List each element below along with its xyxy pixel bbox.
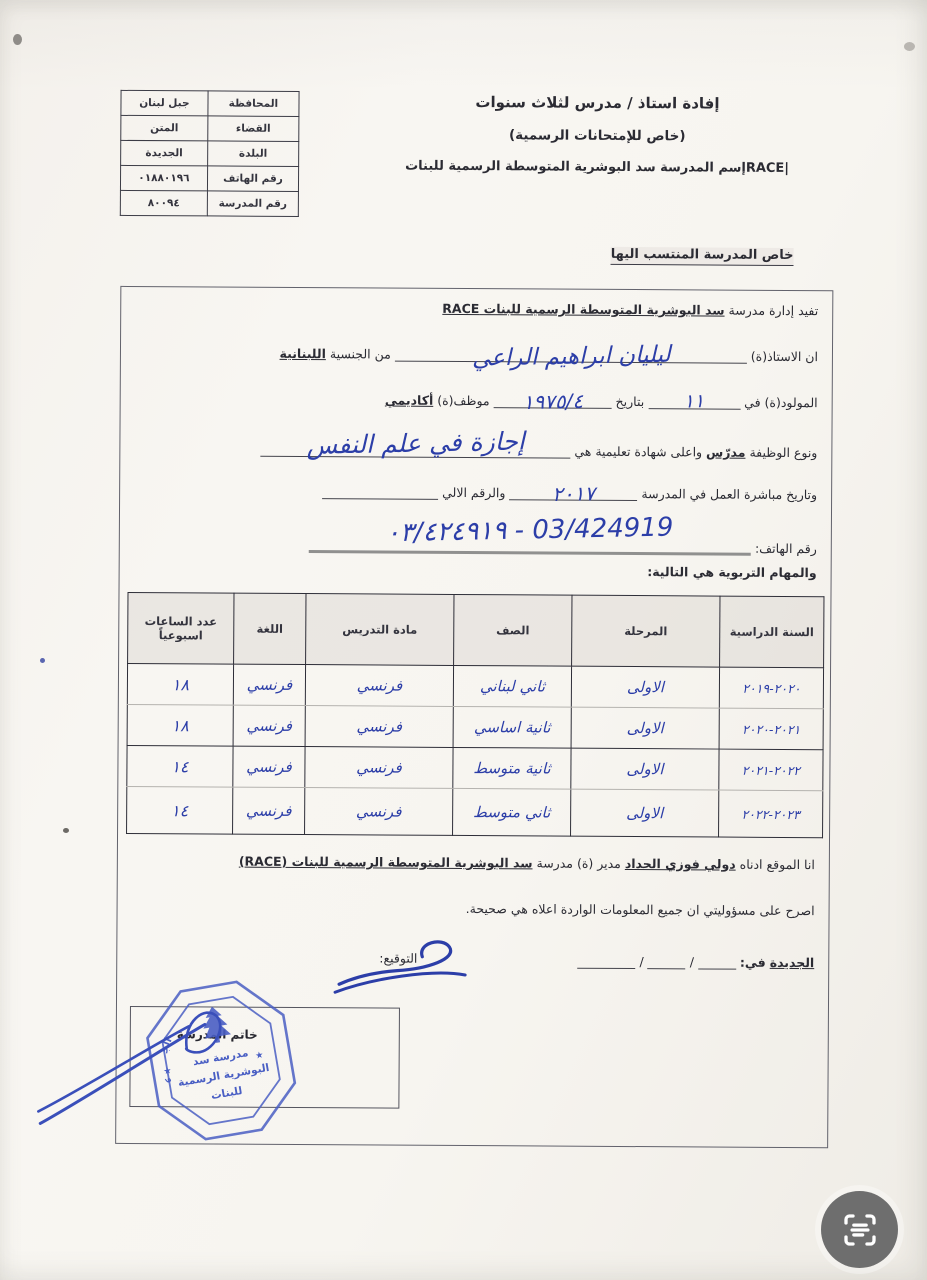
table-row: رقم المدرسة ٨٠٠٩٤ bbox=[120, 190, 298, 216]
start-year-field: ٢٠١٧ bbox=[509, 483, 637, 501]
admin-label: رقم المدرسة bbox=[207, 191, 298, 217]
job-prefix: ونوع الوظيفة bbox=[749, 445, 817, 460]
certify-line: تفيد إدارة مدرسة سد البوشرية المتوسطة ال… bbox=[442, 301, 818, 318]
cell-hours: ١٤ bbox=[127, 745, 233, 787]
table-row: رقم الهاتف ٠١٨٨٠١٩٦ bbox=[120, 165, 298, 191]
cell-language: فرنسي bbox=[233, 664, 305, 705]
cell-subject: فرنسي bbox=[305, 747, 453, 789]
phone-field: ٠٣/٤٢٤٩١٩ - 03/424919 bbox=[309, 516, 751, 556]
declaration-mid: مدير (ة) مدرسة bbox=[536, 855, 620, 871]
scan-text-icon bbox=[839, 1209, 881, 1251]
document-sheet: المحافظة جبل لبنان القضاء المتن البلدة ا… bbox=[0, 0, 927, 1280]
cell-language: فرنسي bbox=[233, 705, 305, 746]
admin-value: المتن bbox=[121, 115, 208, 141]
teacher-name-field: ليليان ابراهيم الراعي bbox=[395, 345, 747, 364]
cell-year: ٢٠٢١-٢٠٢٠ bbox=[719, 708, 823, 750]
employee-status: أكاديمي bbox=[385, 393, 433, 408]
cell-class: ثاني متوسط bbox=[453, 788, 571, 836]
cell-language: فرنسي bbox=[233, 746, 305, 787]
job-title: مدرّس bbox=[706, 444, 745, 459]
cell-hours: ١٨ bbox=[127, 704, 233, 746]
certify-prefix: تفيد إدارة مدرسة bbox=[729, 303, 819, 319]
admin-label: البلدة bbox=[207, 141, 298, 167]
col-language: اللغة bbox=[234, 593, 306, 664]
date-separator: / bbox=[690, 954, 694, 969]
section-heading: خاص المدرسة المنتسب اليها bbox=[611, 247, 794, 266]
cell-stage: الاولى bbox=[571, 666, 719, 708]
cell-stage: الاولى bbox=[571, 748, 719, 790]
birth-place-field: ١١ bbox=[648, 392, 740, 410]
table-row: ٢٠٢٣-٢٠٢٢ الاولى ثاني متوسط فرنسي فرنسي … bbox=[127, 786, 823, 837]
auto-number-field bbox=[322, 482, 438, 500]
birth-date-handwritten: ١٩٧٥/٤ bbox=[522, 391, 583, 412]
teacher-nationality: اللبنانية bbox=[280, 346, 326, 361]
admin-label: المحافظة bbox=[208, 91, 299, 117]
teacher-line: ان الاستاذ(ة) ليليان ابراهيم الراعي من ا… bbox=[280, 344, 819, 364]
birth-mid: بتاريخ bbox=[616, 394, 645, 409]
col-stage: المرحلة bbox=[572, 595, 720, 667]
table-row: القضاء المتن bbox=[121, 115, 299, 141]
birth-suffix: موظف(ة) bbox=[437, 393, 489, 408]
town-label: الجديدة bbox=[770, 955, 815, 970]
col-class: الصف bbox=[454, 594, 572, 666]
start-prefix: وتاريخ مباشرة العمل في المدرسة bbox=[641, 486, 817, 502]
col-school-year: السنة الدراسية bbox=[720, 596, 824, 668]
col-hours: عدد الساعات اسبوعياً bbox=[128, 592, 234, 664]
cell-class: ثانية متوسط bbox=[453, 747, 571, 789]
date-in-label: في: bbox=[740, 955, 766, 970]
cell-year: ٢٠٢٠-٢٠١٩ bbox=[719, 667, 823, 709]
admin-value: ٠١٨٨٠١٩٦ bbox=[120, 165, 207, 191]
admin-value: ٨٠٠٩٤ bbox=[120, 190, 207, 216]
date-line: الجديدة في: / / bbox=[578, 952, 815, 970]
cell-language: فرنسي bbox=[233, 787, 305, 834]
certify-school: سد البوشرية المتوسطة الرسمية للبنات RACE bbox=[442, 301, 724, 318]
admin-label: القضاء bbox=[208, 116, 299, 142]
table-row: ٢٠٢١-٢٠٢٠ الاولى ثانية اساسي فرنسي فرنسي… bbox=[127, 704, 823, 749]
cell-subject: فرنسي bbox=[305, 665, 453, 707]
teacher-prefix: ان الاستاذ(ة) bbox=[751, 349, 818, 364]
col-subject: مادة التدريس bbox=[306, 594, 454, 666]
phone-label: رقم الهاتف: bbox=[755, 541, 817, 556]
cell-year: ٢٠٢٢-٢٠٢١ bbox=[719, 749, 823, 791]
declaration-line1: انا الموقع ادناه دولي فوزي الحداد مدير (… bbox=[239, 854, 815, 873]
teacher-mid: من الجنسية bbox=[330, 346, 391, 361]
duties-table: السنة الدراسية المرحلة الصف مادة التدريس… bbox=[126, 592, 824, 838]
date-month-field bbox=[648, 952, 686, 969]
cell-year: ٢٠٢٣-٢٠٢٢ bbox=[719, 790, 823, 838]
table-row: المحافظة جبل لبنان bbox=[121, 90, 299, 116]
signature-scribble bbox=[36, 985, 267, 1136]
admin-value: الجديدة bbox=[121, 140, 208, 166]
cell-hours: ١٤ bbox=[127, 786, 233, 834]
table-row: البلدة الجديدة bbox=[121, 140, 299, 166]
cell-subject: فرنسي bbox=[305, 706, 453, 748]
cell-class: ثانية اساسي bbox=[453, 706, 571, 748]
start-year-handwritten: ٢٠١٧ bbox=[552, 483, 595, 504]
title-line: إفادة استاذ / مدرس لثلاث سنوات bbox=[332, 92, 862, 113]
admin-value: جبل لبنان bbox=[121, 90, 208, 116]
table-row: ٢٠٢٢-٢٠٢١ الاولى ثانية متوسط فرنسي فرنسي… bbox=[127, 745, 823, 790]
duties-heading: والمهام التربوية هي التالية: bbox=[647, 564, 817, 580]
job-mid: واعلى شهادة تعليمية هي bbox=[574, 444, 702, 460]
cell-subject: فرنسي bbox=[305, 788, 453, 836]
principal-name: دولي فوزي الحداد bbox=[625, 856, 736, 872]
race-code: RACE| bbox=[746, 161, 789, 176]
declaration-line2: اصرح على مسؤوليتي ان جميع المعلومات الوا… bbox=[466, 901, 815, 918]
date-day-field bbox=[698, 952, 736, 969]
start-suffix: والرقم الالي bbox=[442, 485, 505, 500]
table-row: ٢٠٢٠-٢٠١٩ الاولى ثاني لبناني فرنسي فرنسي… bbox=[127, 663, 823, 708]
phone-line: رقم الهاتف: ٠٣/٤٢٤٩١٩ - 03/424919 bbox=[309, 516, 817, 556]
birth-line: المولود(ة) في ١١ بتاريخ ١٩٧٥/٤ موظف(ة) أ… bbox=[385, 391, 818, 411]
admin-info-table: المحافظة جبل لبنان القضاء المتن البلدة ا… bbox=[120, 90, 300, 217]
cell-stage: الاولى bbox=[571, 789, 719, 837]
scan-button[interactable] bbox=[821, 1191, 898, 1268]
signature-scribble bbox=[327, 934, 477, 1005]
school-name-line: RACE|إسم المدرسة سد البوشرية المتوسطة ال… bbox=[332, 158, 862, 176]
cell-stage: الاولى bbox=[571, 707, 719, 749]
degree-field: إجازة في علم النفس bbox=[260, 430, 570, 459]
subtitle-line: (خاص للإمتحانات الرسمية) bbox=[332, 126, 862, 145]
declaration-school: سد البوشرية المتوسطة الرسمية للبنات (RAC… bbox=[239, 854, 533, 871]
degree-handwritten: إجازة في علم النفس bbox=[306, 429, 525, 458]
date-year-field bbox=[578, 952, 636, 969]
table-header-row: السنة الدراسية المرحلة الصف مادة التدريس… bbox=[128, 592, 824, 667]
job-line: ونوع الوظيفة مدرّس واعلى شهادة تعليمية ه… bbox=[260, 430, 817, 460]
birth-place-handwritten: ١١ bbox=[684, 392, 705, 411]
date-separator: / bbox=[639, 954, 643, 969]
document-header: إفادة استاذ / مدرس لثلاث سنوات (خاص للإم… bbox=[332, 92, 862, 176]
phone-handwritten: ٠٣/٤٢٤٩١٩ - 03/424919 bbox=[386, 515, 674, 547]
cell-class: ثاني لبناني bbox=[453, 665, 571, 707]
school-name-text: إسم المدرسة سد البوشرية المتوسطة الرسمية… bbox=[405, 159, 746, 176]
declaration-prefix: انا الموقع ادناه bbox=[740, 857, 815, 872]
birth-prefix: المولود(ة) في bbox=[744, 395, 818, 410]
admin-label: رقم الهاتف bbox=[207, 166, 298, 192]
teacher-name-handwritten: ليليان ابراهيم الراعي bbox=[471, 344, 670, 371]
start-line: وتاريخ مباشرة العمل في المدرسة ٢٠١٧ والر… bbox=[322, 482, 817, 502]
birth-date-field: ١٩٧٥/٤ bbox=[494, 391, 612, 409]
cell-hours: ١٨ bbox=[127, 663, 233, 705]
